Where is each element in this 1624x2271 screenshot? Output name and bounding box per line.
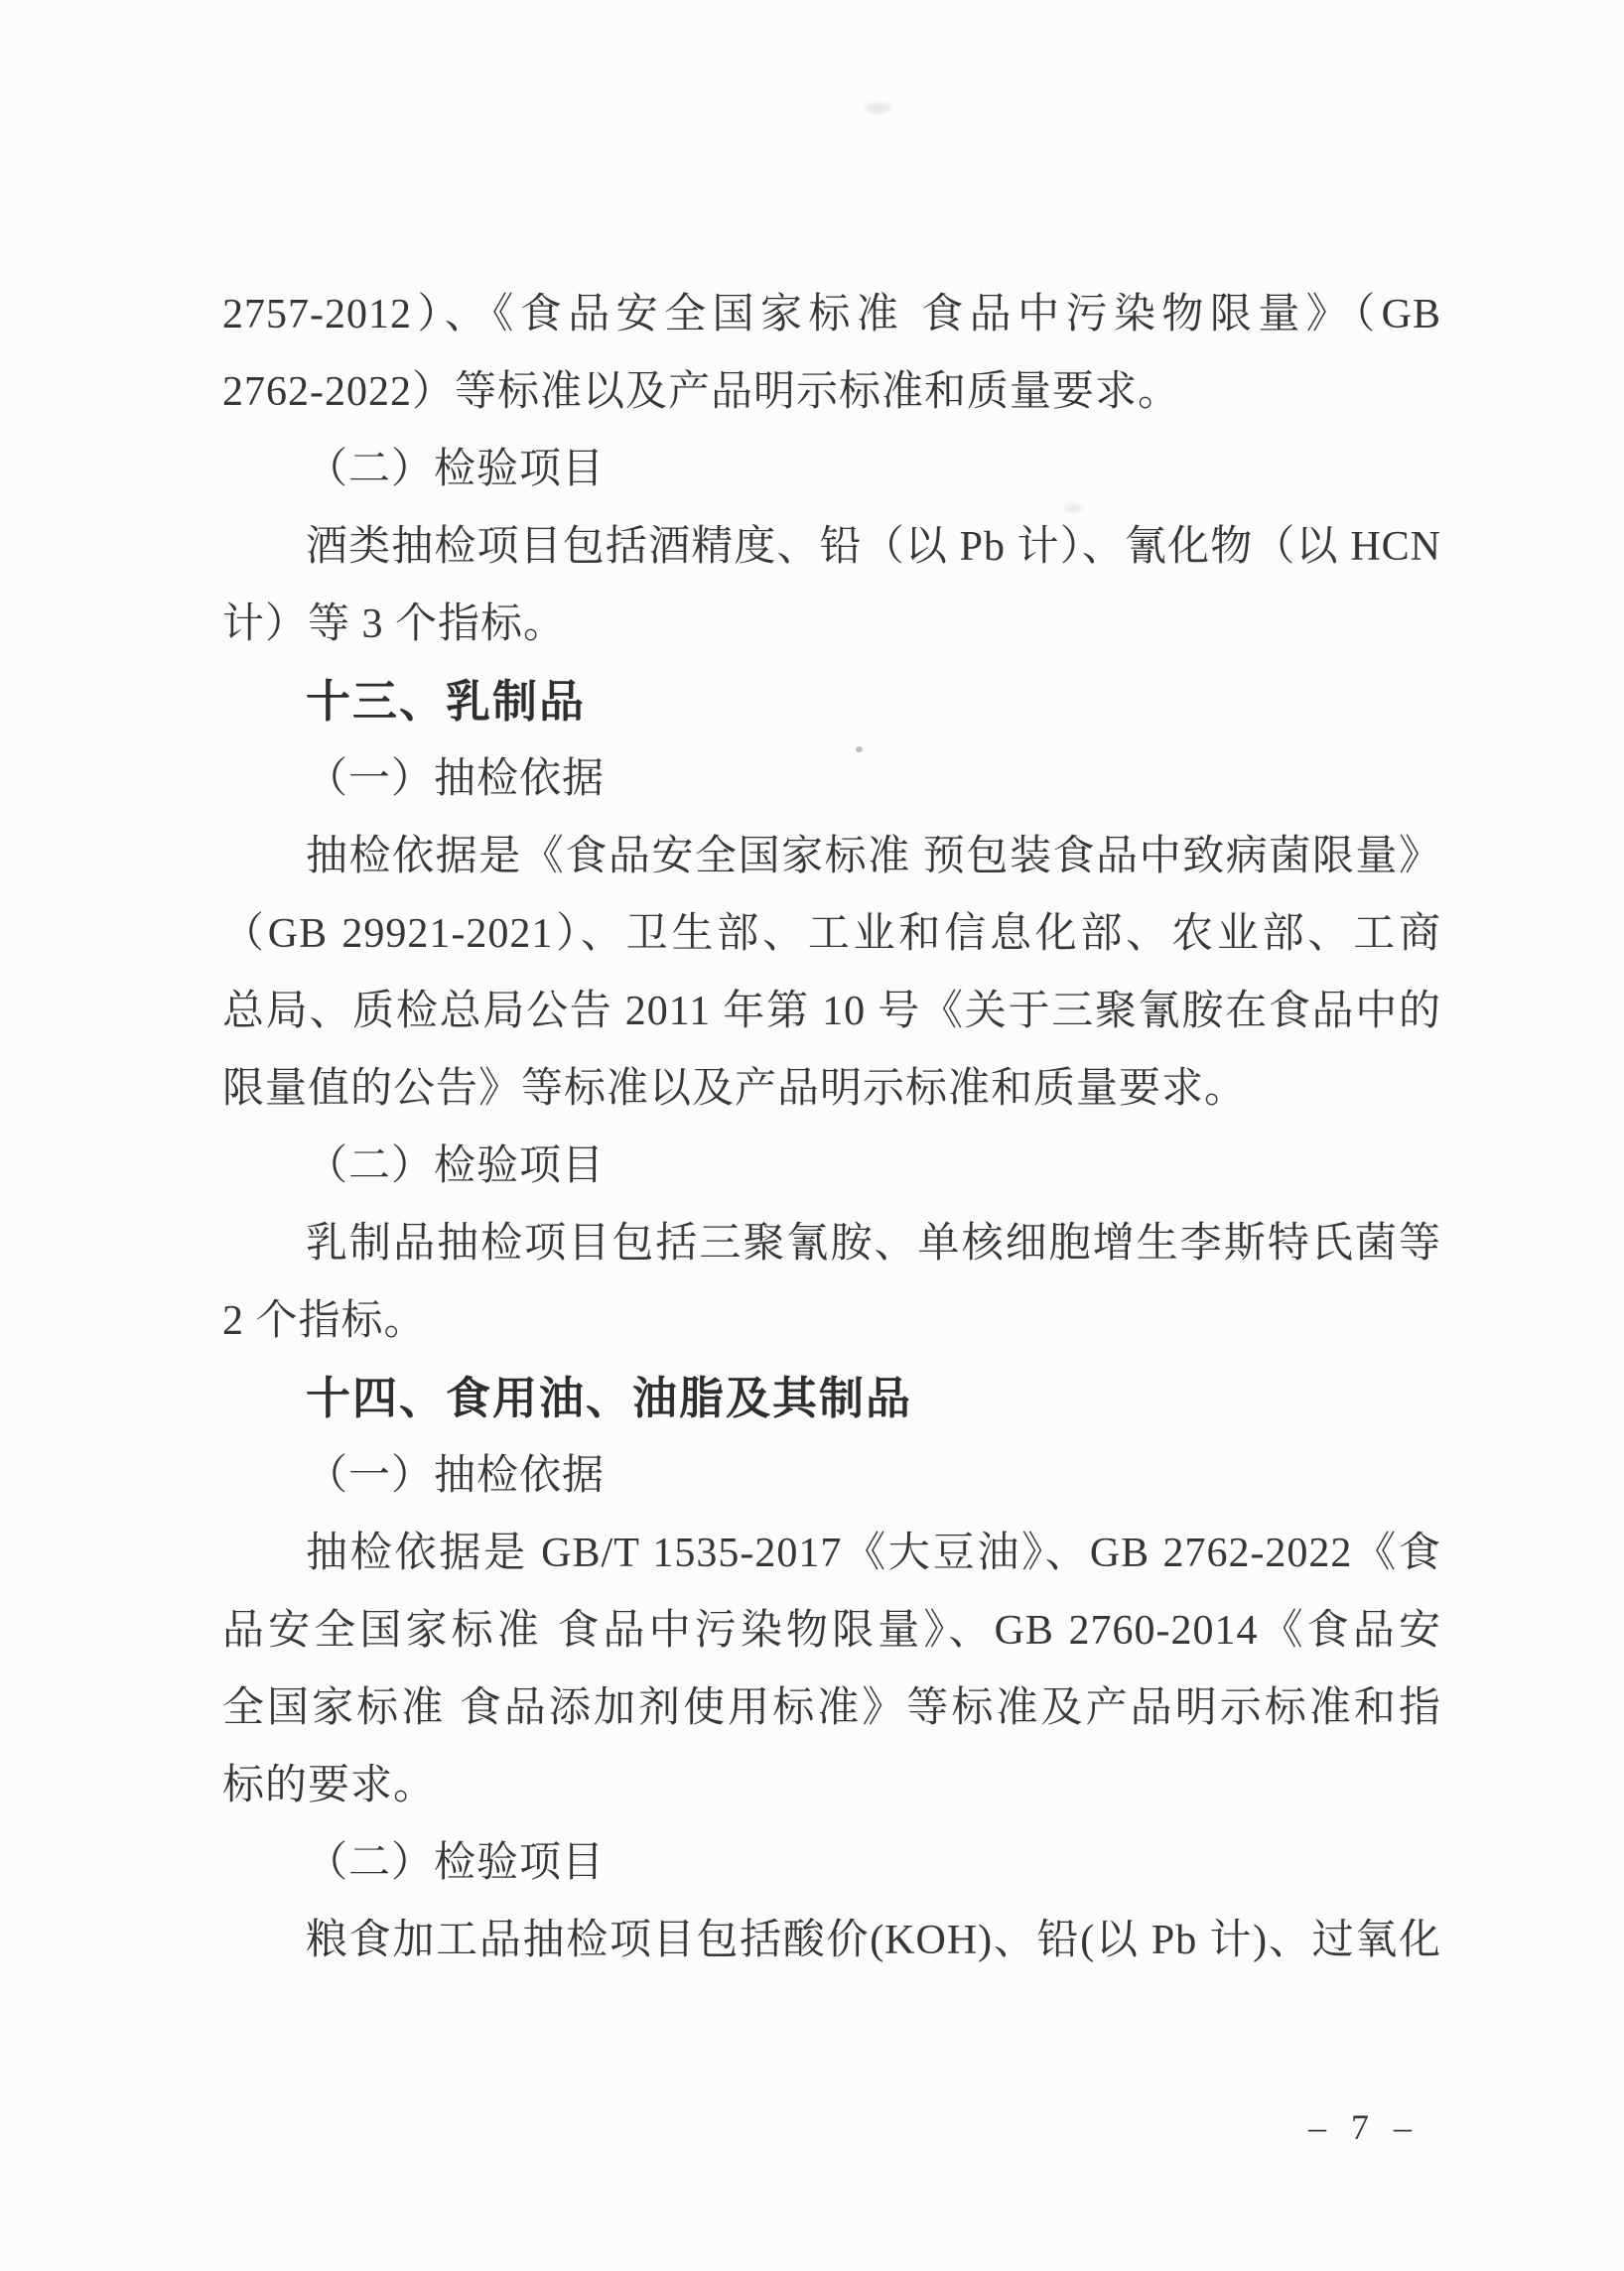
sub-heading: （二）检验项目 bbox=[222, 1824, 1441, 1902]
text-line: 2762-2022）等标准以及产品明示标准和质量要求。 bbox=[222, 353, 1441, 431]
document-body: 2757-2012）、《食品安全国家标准 食品中污染物限量》（GB 2762-2… bbox=[222, 276, 1441, 1979]
text-line: （GB 29921-2021）、卫生部、工业和信息化部、农业部、工商 bbox=[222, 895, 1441, 973]
section-heading: 十四、食用油、油脂及其制品 bbox=[222, 1360, 1441, 1437]
text-line: 2757-2012）、《食品安全国家标准 食品中污染物限量》（GB bbox=[222, 276, 1441, 353]
text-line: 全国家标准 食品添加剂使用标准》等标准及产品明示标准和指 bbox=[222, 1670, 1441, 1747]
text-line: 2 个指标。 bbox=[222, 1282, 1441, 1360]
scan-smudge bbox=[866, 103, 891, 113]
page-number: – 7 – bbox=[1308, 2106, 1420, 2148]
text-line: 总局、质检总局公告 2011 年第 10 号《关于三聚氰胺在食品中的 bbox=[222, 973, 1441, 1050]
text-line: 酒类抽检项目包括酒精度、铅（以 Pb 计）、氰化物（以 HCN bbox=[222, 508, 1441, 586]
section-heading: 十三、乳制品 bbox=[222, 663, 1441, 740]
text-line: 限量值的公告》等标准以及产品明示标准和质量要求。 bbox=[222, 1050, 1441, 1128]
text-line: 品安全国家标准 食品中污染物限量》、GB 2760-2014《食品安 bbox=[222, 1592, 1441, 1670]
text-line: 粮食加工品抽检项目包括酸价(KOH)、铅(以 Pb 计)、过氧化 bbox=[222, 1902, 1441, 1979]
text-line: 计）等 3 个指标。 bbox=[222, 586, 1441, 663]
text-line: 标的要求。 bbox=[222, 1747, 1441, 1824]
sub-heading: （一）抽检依据 bbox=[222, 1437, 1441, 1515]
sub-heading: （一）抽检依据 bbox=[222, 740, 1441, 818]
sub-heading: （二）检验项目 bbox=[222, 431, 1441, 508]
document-page: 2757-2012）、《食品安全国家标准 食品中污染物限量》（GB 2762-2… bbox=[0, 0, 1624, 2271]
text-line: 抽检依据是《食品安全国家标准 预包装食品中致病菌限量》 bbox=[222, 818, 1441, 895]
sub-heading: （二）检验项目 bbox=[222, 1128, 1441, 1205]
text-line: 乳制品抽检项目包括三聚氰胺、单核细胞增生李斯特氏菌等 bbox=[222, 1205, 1441, 1282]
text-line: 抽检依据是 GB/T 1535-2017《大豆油》、GB 2762-2022《食 bbox=[222, 1515, 1441, 1592]
